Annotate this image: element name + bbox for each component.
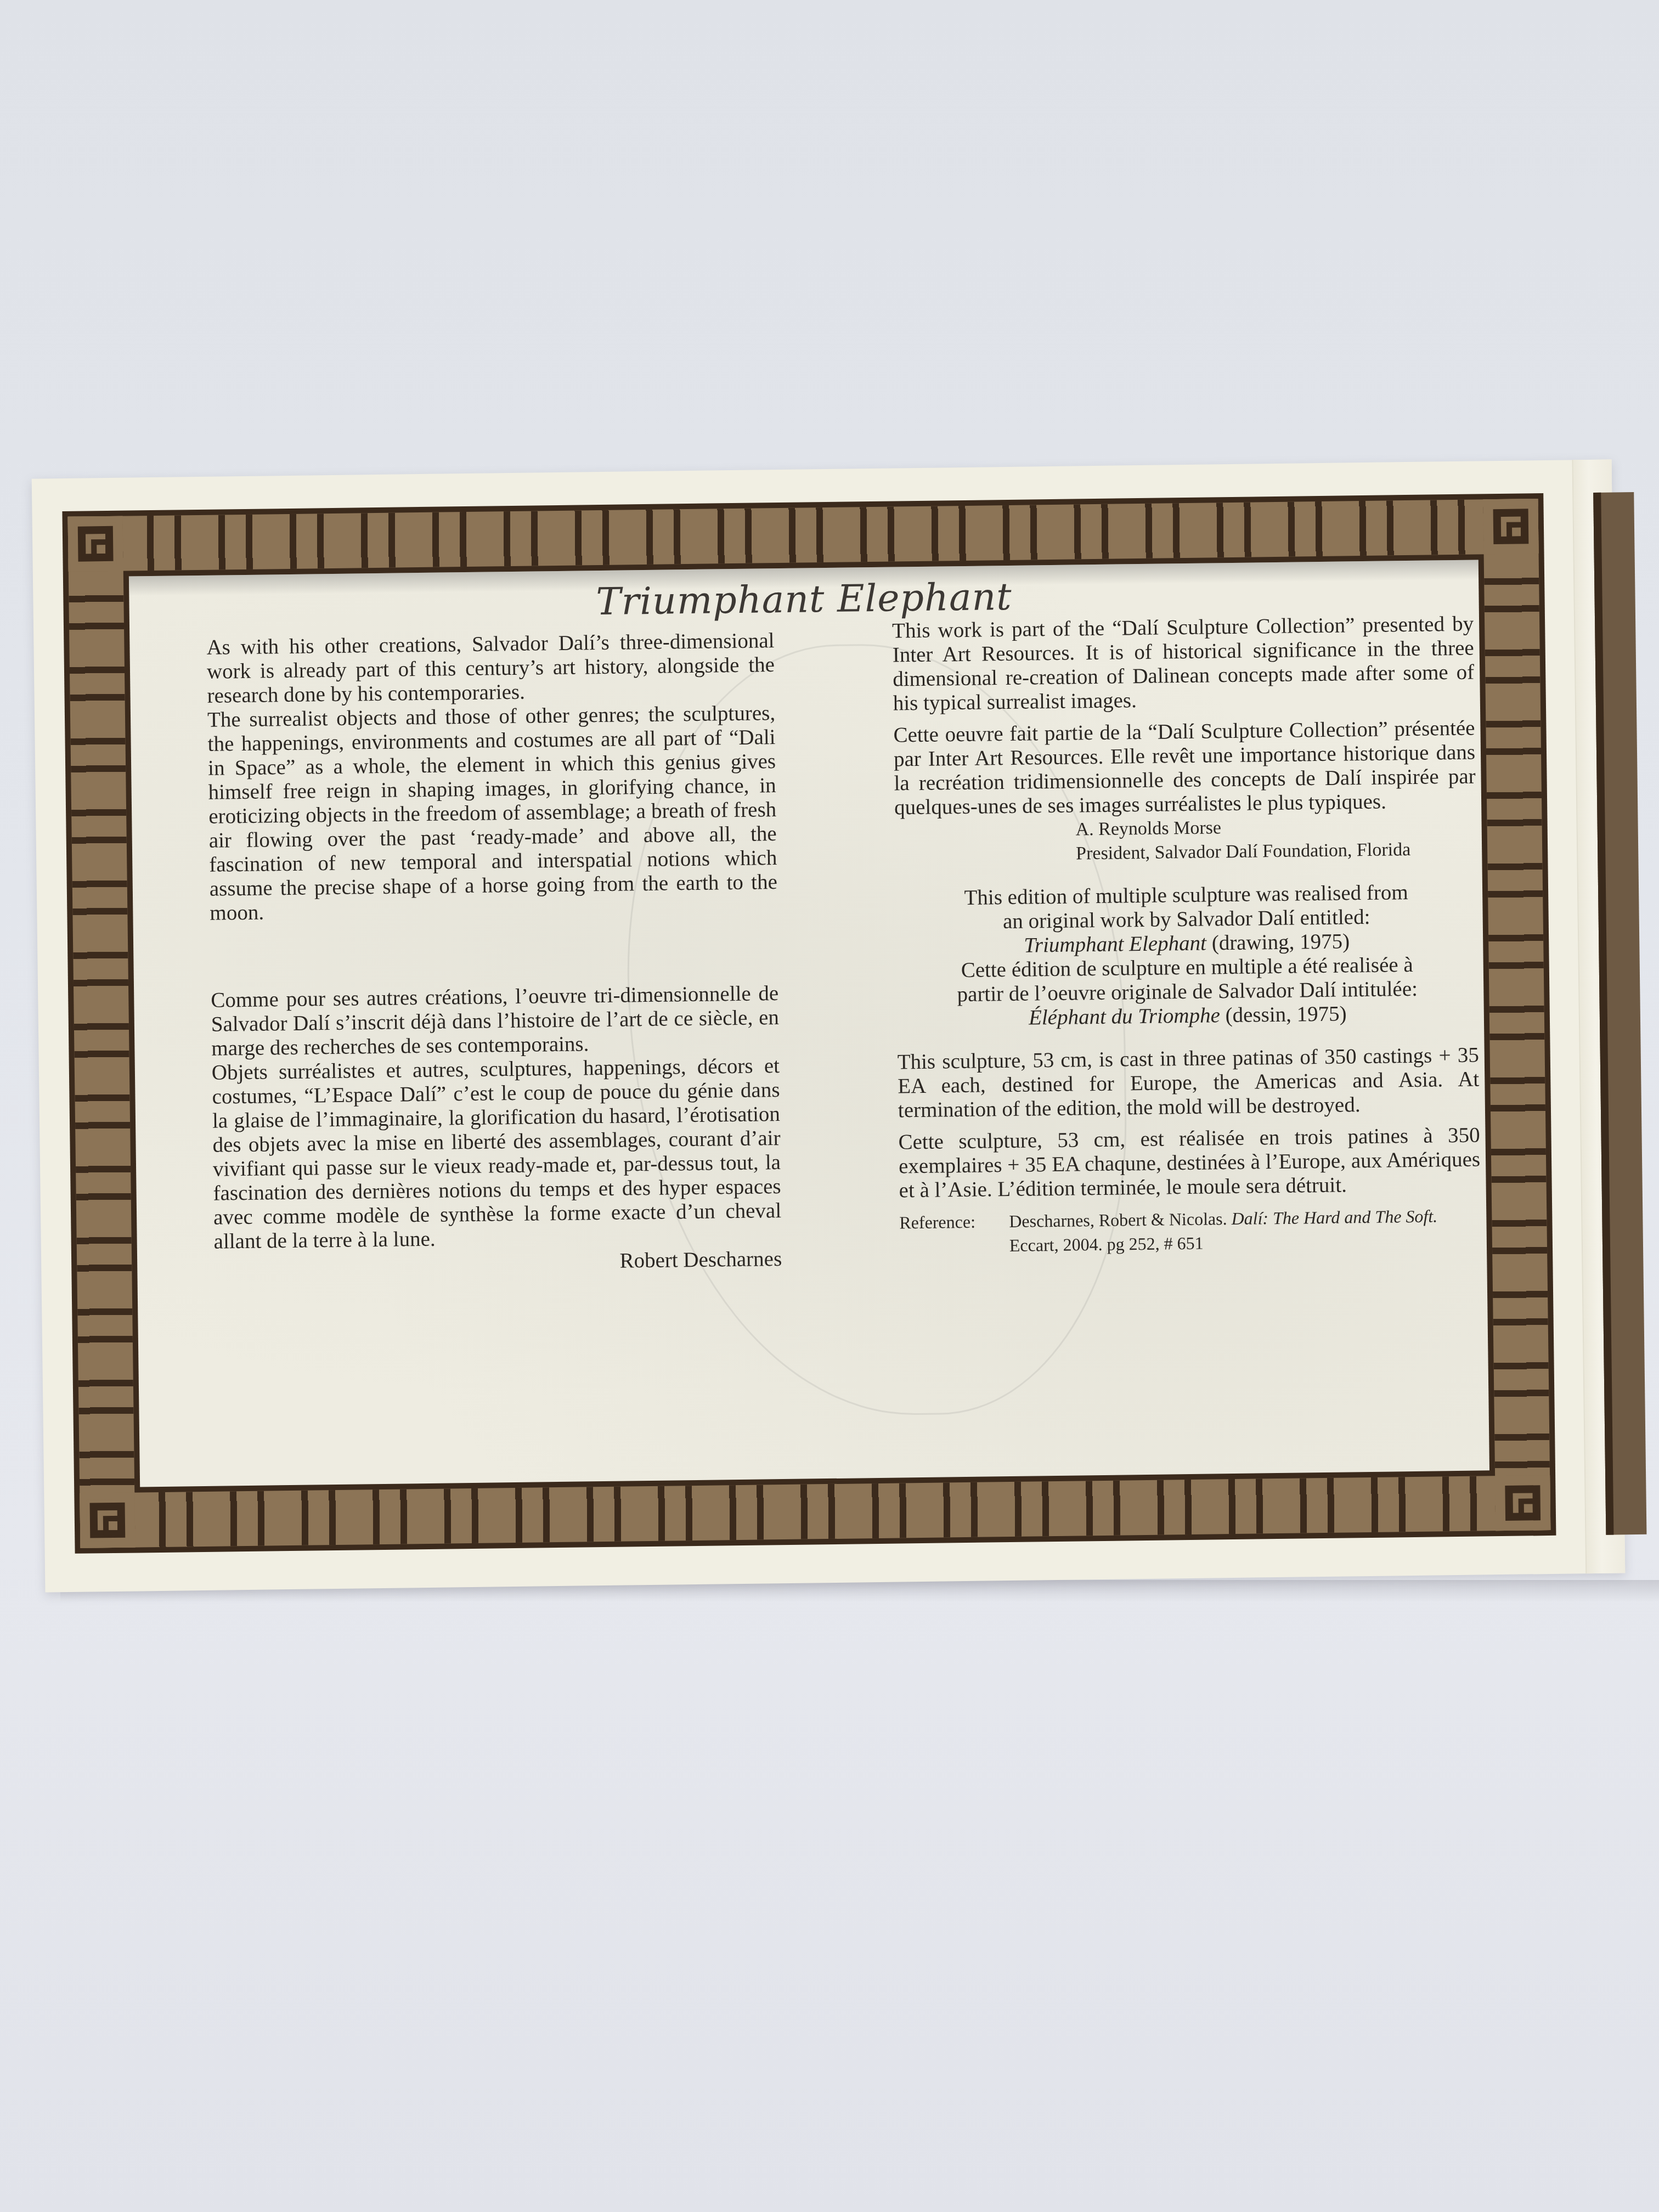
greek-key-border-bottom — [80, 1475, 1550, 1548]
edition-en-work-detail: (drawing, 1975) — [1206, 929, 1350, 955]
greek-key-border-right — [1483, 499, 1550, 1531]
edition-fr-work-detail: (dessin, 1975) — [1220, 1002, 1347, 1027]
certificate-card: Triumphant Elephant As with his other cr… — [32, 459, 1626, 1592]
greek-key-border-top — [68, 499, 1539, 572]
corner-square-icon — [1495, 1475, 1550, 1531]
corner-square-icon — [80, 1493, 135, 1548]
certificate-text-panel: Triumphant Elephant As with his other cr… — [129, 560, 1489, 1487]
reference-publisher: Eccart, 2004. pg 252, # 651 — [1009, 1233, 1204, 1255]
corner-square-icon — [68, 516, 123, 572]
reference-citation: Descharnes, Robert & Nicolas. Dalí: The … — [1009, 1203, 1481, 1257]
corner-square-icon — [1483, 499, 1538, 554]
reference-label: Reference: — [899, 1209, 1009, 1259]
greek-key-border-left — [68, 516, 136, 1548]
french-surrealist-paragraph: Objets surréalistes et autres, sculpture… — [212, 1054, 782, 1254]
left-column: As with his other creations, Salvador Da… — [206, 629, 782, 1278]
english-surrealist-paragraph: The surrealist objects and those of othe… — [207, 701, 778, 926]
casting-en-paragraph: This sculpture, 53 cm, is cast in three … — [898, 1043, 1480, 1123]
french-collection-paragraph: Cette oeuvre fait partie de la “Dalí Scu… — [893, 716, 1476, 820]
reference-authors: Descharnes, Robert & Nicolas. — [1009, 1209, 1232, 1231]
edition-en-work-title: Triumphant Elephant — [1024, 932, 1206, 957]
reference-block: Reference: Descharnes, Robert & Nicolas.… — [899, 1203, 1481, 1259]
english-collection-paragraph: This work is part of the “Dalí Sculpture… — [892, 612, 1475, 716]
french-intro-paragraph: Comme pour ses autres créations, l’oeuvr… — [211, 981, 780, 1061]
edition-fr-work-title: Éléphant du Triomphe — [1029, 1003, 1220, 1029]
reference-title: Dalí: The Hard and The Soft. — [1231, 1206, 1437, 1228]
english-intro-paragraph: As with his other creations, Salvador Da… — [206, 629, 775, 708]
right-column: This work is part of the “Dalí Sculpture… — [892, 612, 1481, 1259]
casting-fr-paragraph: Cette sculpture, 53 cm, est réalisée en … — [898, 1124, 1481, 1203]
greek-key-border-frame: Triumphant Elephant As with his other cr… — [62, 493, 1556, 1554]
